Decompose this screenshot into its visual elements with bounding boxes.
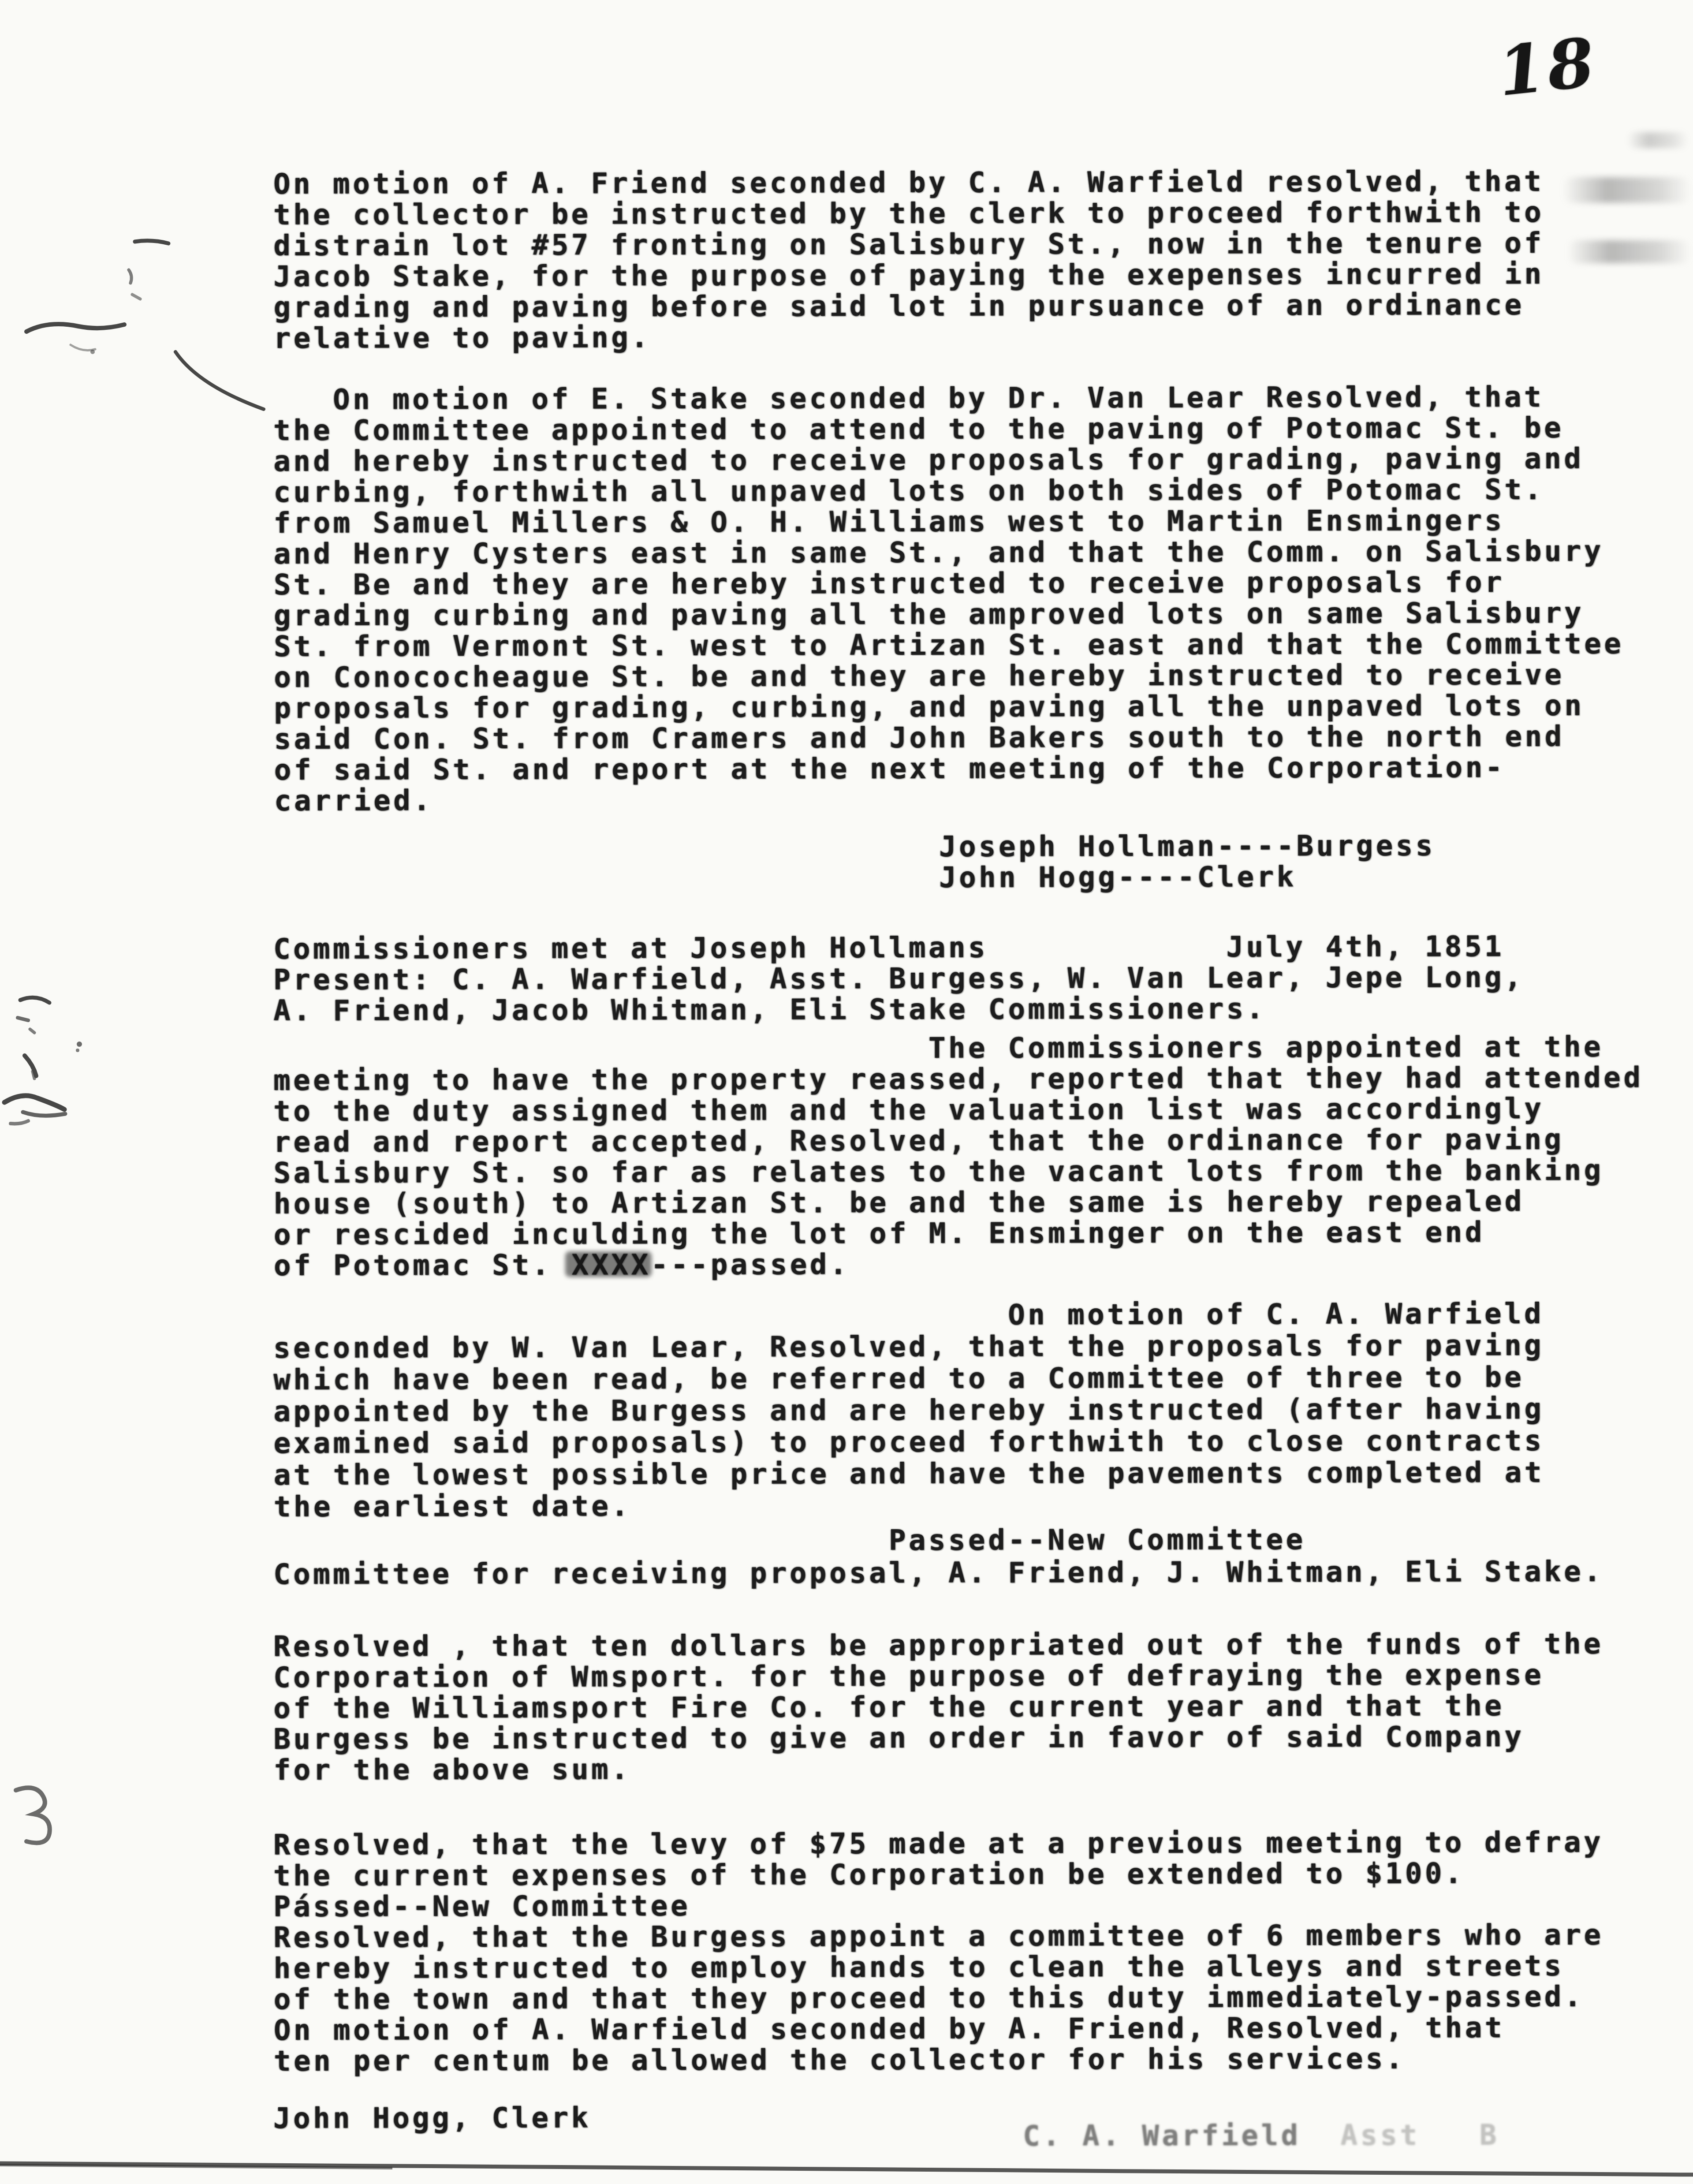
document-page: 18 On motion of A. Friend seconded by C.… xyxy=(0,0,1693,2184)
margin-pen-scribbles xyxy=(0,0,1693,2184)
scan-edge-line xyxy=(0,2160,1693,2177)
